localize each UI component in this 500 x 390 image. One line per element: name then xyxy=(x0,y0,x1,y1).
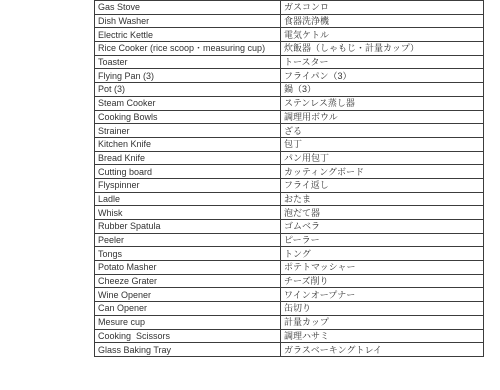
kitchen-items-table: Gas StoveガスコンロDish Washer食器洗浄機Electric K… xyxy=(94,0,484,357)
cell-japanese: 鍋（3） xyxy=(281,83,484,97)
table-row: Flyspinnerフライ返し xyxy=(95,178,484,192)
cell-english: Flying Pan (3) xyxy=(95,69,281,83)
cell-english: Potato Masher xyxy=(95,261,281,275)
cell-english: Ladle xyxy=(95,192,281,206)
table-row: Rice Cooker (rice scoop・measuring cup)炊飯… xyxy=(95,42,484,56)
cell-english: Can Opener xyxy=(95,302,281,316)
cell-english: Kitchen Knife xyxy=(95,137,281,151)
table-row: Gas Stoveガスコンロ xyxy=(95,1,484,15)
table-row: Peelerピーラー xyxy=(95,233,484,247)
table-row: Steam Cookerステンレス蒸し器 xyxy=(95,96,484,110)
table-row: Flying Pan (3)フライパン（3） xyxy=(95,69,484,83)
table-row: Cutting boardカッティングボード xyxy=(95,165,484,179)
cell-english: Glass Baking Tray xyxy=(95,343,281,357)
cell-japanese: ポテトマッシャー xyxy=(281,261,484,275)
table-row: Mesure cup計量カップ xyxy=(95,315,484,329)
cell-english: Pot (3) xyxy=(95,83,281,97)
cell-japanese: ステンレス蒸し器 xyxy=(281,96,484,110)
cell-japanese: おたま xyxy=(281,192,484,206)
cell-english: Steam Cooker xyxy=(95,96,281,110)
cell-japanese: 炊飯器（しゃもじ・計量カップ） xyxy=(281,42,484,56)
cell-english: Electric Kettle xyxy=(95,28,281,42)
kitchen-items-table-container: Gas StoveガスコンロDish Washer食器洗浄機Electric K… xyxy=(94,0,484,357)
table-row: Cheeze Graterチーズ削り xyxy=(95,274,484,288)
cell-japanese: ガスコンロ xyxy=(281,1,484,15)
cell-english: Cooking Bowls xyxy=(95,110,281,124)
cell-japanese: ガラスベーキングトレイ xyxy=(281,343,484,357)
table-row: Whisk泡だて器 xyxy=(95,206,484,220)
cell-japanese: ワインオープナー xyxy=(281,288,484,302)
cell-english: Gas Stove xyxy=(95,1,281,15)
cell-english: Tongs xyxy=(95,247,281,261)
table-row: Strainerざる xyxy=(95,124,484,138)
table-row: Wine Openerワインオープナー xyxy=(95,288,484,302)
cell-japanese: チーズ削り xyxy=(281,274,484,288)
cell-english: Mesure cup xyxy=(95,315,281,329)
table-row: Rubber Spatulaゴムベラ xyxy=(95,220,484,234)
cell-english: Cooking Scissors xyxy=(95,329,281,343)
table-row: Can Opener缶切り xyxy=(95,302,484,316)
table-row: Ladleおたま xyxy=(95,192,484,206)
page: Gas StoveガスコンロDish Washer食器洗浄機Electric K… xyxy=(0,0,500,390)
cell-japanese: パン用包丁 xyxy=(281,151,484,165)
cell-english: Dish Washer xyxy=(95,14,281,28)
cell-english: Flyspinner xyxy=(95,178,281,192)
cell-english: Toaster xyxy=(95,55,281,69)
cell-japanese: トースター xyxy=(281,55,484,69)
table-row: Dish Washer食器洗浄機 xyxy=(95,14,484,28)
cell-japanese: 調理用ボウル xyxy=(281,110,484,124)
cell-english: Wine Opener xyxy=(95,288,281,302)
cell-japanese: 計量カップ xyxy=(281,315,484,329)
cell-japanese: 電気ケトル xyxy=(281,28,484,42)
cell-english: Whisk xyxy=(95,206,281,220)
cell-japanese: ゴムベラ xyxy=(281,220,484,234)
cell-english: Rubber Spatula xyxy=(95,220,281,234)
cell-japanese: 包丁 xyxy=(281,137,484,151)
cell-english: Bread Knife xyxy=(95,151,281,165)
table-row: Electric Kettle電気ケトル xyxy=(95,28,484,42)
cell-japanese: カッティングボード xyxy=(281,165,484,179)
cell-japanese: 缶切り xyxy=(281,302,484,316)
table-row: Cooking Bowls調理用ボウル xyxy=(95,110,484,124)
cell-english: Strainer xyxy=(95,124,281,138)
cell-japanese: ピーラー xyxy=(281,233,484,247)
table-row: Bread Knifeパン用包丁 xyxy=(95,151,484,165)
cell-english: Rice Cooker (rice scoop・measuring cup) xyxy=(95,42,281,56)
cell-japanese: ざる xyxy=(281,124,484,138)
cell-english: Cheeze Grater xyxy=(95,274,281,288)
kitchen-items-table-body: Gas StoveガスコンロDish Washer食器洗浄機Electric K… xyxy=(95,1,484,357)
table-row: Cooking Scissors調理ハサミ xyxy=(95,329,484,343)
table-row: Toasterトースター xyxy=(95,55,484,69)
cell-english: Cutting board xyxy=(95,165,281,179)
cell-japanese: フライパン（3） xyxy=(281,69,484,83)
table-row: Tongsトング xyxy=(95,247,484,261)
cell-japanese: 食器洗浄機 xyxy=(281,14,484,28)
cell-japanese: トング xyxy=(281,247,484,261)
cell-japanese: 泡だて器 xyxy=(281,206,484,220)
cell-japanese: フライ返し xyxy=(281,178,484,192)
cell-japanese: 調理ハサミ xyxy=(281,329,484,343)
table-row: Glass Baking Trayガラスベーキングトレイ xyxy=(95,343,484,357)
table-row: Potato Masherポテトマッシャー xyxy=(95,261,484,275)
cell-english: Peeler xyxy=(95,233,281,247)
table-row: Pot (3)鍋（3） xyxy=(95,83,484,97)
table-row: Kitchen Knife包丁 xyxy=(95,137,484,151)
